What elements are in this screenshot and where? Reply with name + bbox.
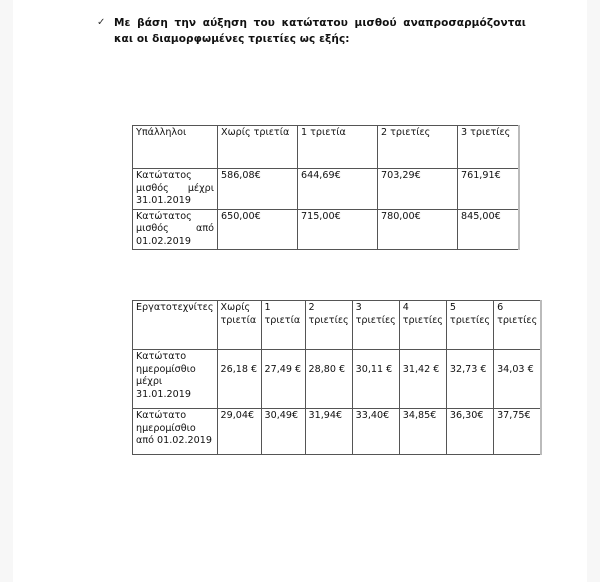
header-cell: 2 τριετίες [378,126,458,169]
table-cell: 703,29€ [378,169,458,210]
table-header-row: Εργατοτεχνίτες Χωρίς τριετία 1 τριετία 2… [133,301,542,350]
table-cell: 780,00€ [378,209,458,250]
document-page [13,0,587,582]
table-cell: 715,00€ [298,209,378,250]
table-cell: 36,30€ [446,409,493,455]
table-cell: 30,11 € [352,350,399,409]
table-cell: 32,73 € [446,350,493,409]
workers-daily-wage-table: Εργατοτεχνίτες Χωρίς τριετία 1 τριετία 2… [132,300,542,455]
row-label: Κατώτατο ημερομίσθιο μέχρι 31.01.2019 [133,350,218,409]
table-cell: 27,49 € [261,350,305,409]
table-cell: 37,75€ [494,409,542,455]
checkmark-icon: ✓ [97,17,105,28]
table-cell: 33,40€ [352,409,399,455]
table-cell: 31,42 € [399,350,446,409]
header-cell: 6 τριετίες [494,301,542,350]
table-row: Κατώτατος μισθός από 01.02.2019 650,00€ … [133,209,520,250]
header-cell: 1 τριετία [261,301,305,350]
employees-salary-table: Υπάλληλοι Χωρίς τριετία 1 τριετία 2 τριε… [132,125,520,250]
table-cell: 650,00€ [218,209,298,250]
table-cell: 26,18 € [217,350,261,409]
table-cell: 845,00€ [458,209,520,250]
table-row: Κατώτατο ημερομίσθιο μέχρι 31.01.2019 26… [133,350,542,409]
intro-paragraph: Με βάση την αύξηση του κατώτατου μισθού … [114,15,526,47]
table-cell: 761,91€ [458,169,520,210]
table-cell: 34,03 € [494,350,542,409]
table-cell: 31,94€ [305,409,352,455]
table-cell: 586,08€ [218,169,298,210]
table-row: Κατώτατος μισθός μέχρι 31.01.2019 586,08… [133,169,520,210]
row-label: Κατώτατος μισθός από 01.02.2019 [133,209,218,250]
table-cell: 34,85€ [399,409,446,455]
header-cell: 5 τριετίες [446,301,493,350]
header-cell: Υπάλληλοι [133,126,218,169]
header-cell: 3 τριετίες [352,301,399,350]
header-cell: 1 τριετία [298,126,378,169]
header-cell: Εργατοτεχνίτες [133,301,218,350]
header-cell: 4 τριετίες [399,301,446,350]
table-cell: 30,49€ [261,409,305,455]
row-label: Κατώτατο ημερομίσθιο από 01.02.2019 [133,409,218,455]
table-row: Κατώτατο ημερομίσθιο από 01.02.2019 29,0… [133,409,542,455]
header-cell: Χωρίς τριετία [218,126,298,169]
header-cell: 3 τριετίες [458,126,520,169]
table-header-row: Υπάλληλοι Χωρίς τριετία 1 τριετία 2 τριε… [133,126,520,169]
row-label: Κατώτατος μισθός μέχρι 31.01.2019 [133,169,218,210]
table-cell: 28,80 € [305,350,352,409]
table-cell: 644,69€ [298,169,378,210]
table-cell: 29,04€ [217,409,261,455]
header-cell: 2 τριετίες [305,301,352,350]
header-cell: Χωρίς τριετία [217,301,261,350]
